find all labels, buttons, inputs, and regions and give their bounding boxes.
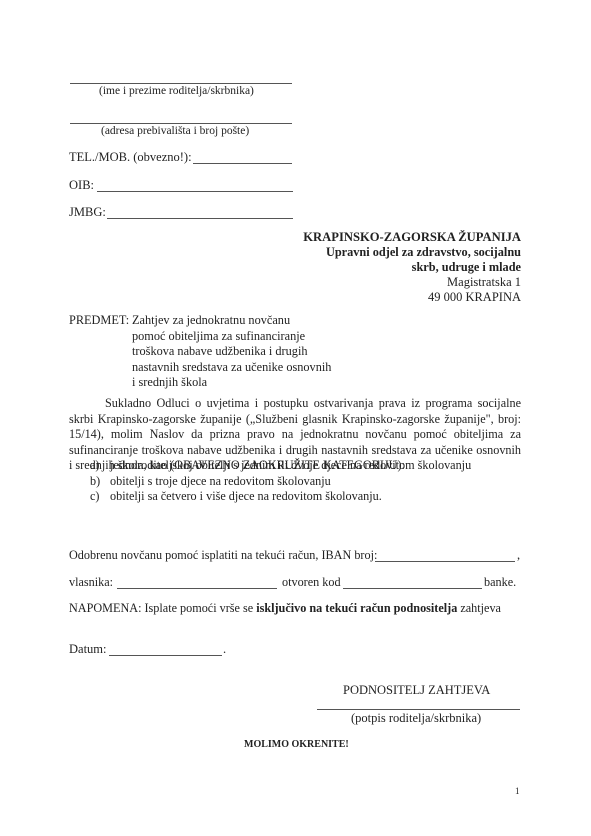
- recipient-county: KRAPINSKO-ZAGORSKA ŽUPANIJA: [303, 230, 521, 245]
- phone-field-line[interactable]: [193, 163, 292, 164]
- owner-field-line[interactable]: [117, 588, 277, 589]
- bank-field-line[interactable]: [343, 588, 482, 589]
- phone-label: TEL./MOB. (obvezno!):: [69, 150, 192, 165]
- subject-line: nastavnih sredstava za učenike osnovnih: [69, 360, 331, 376]
- signature-label: (potpis roditelja/skrbnika): [351, 711, 481, 726]
- category-option-b[interactable]: b)obitelji s troje djece na redovitom šk…: [90, 474, 471, 490]
- address-field-line[interactable]: [70, 123, 292, 124]
- page-number: 1: [515, 786, 520, 796]
- recipient-city: 49 000 KRAPINA: [303, 290, 521, 305]
- subject-line: i srednjih škola: [69, 375, 207, 391]
- option-text: obitelji sa četvero i više djece na redo…: [110, 489, 382, 503]
- option-text: obitelji s troje djece na redovitom škol…: [110, 474, 331, 488]
- option-marker: a): [90, 458, 110, 474]
- name-field-line[interactable]: [70, 83, 292, 84]
- iban-field-line[interactable]: [375, 561, 515, 562]
- note-suffix: zahtjeva: [457, 601, 501, 615]
- date-suffix: .: [223, 642, 226, 657]
- iban-suffix: ,: [517, 548, 520, 563]
- option-marker: c): [90, 489, 110, 505]
- option-marker: b): [90, 474, 110, 490]
- bank-label: otvoren kod: [282, 575, 341, 590]
- iban-label: Odobrenu novčanu pomoć isplatiti na teku…: [69, 548, 377, 563]
- recipient-address: KRAPINSKO-ZAGORSKA ŽUPANIJA Upravni odje…: [303, 230, 521, 305]
- name-field-label: (ime i prezime roditelja/skrbnika): [99, 85, 254, 97]
- jmbg-label: JMBG:: [69, 205, 106, 220]
- owner-label: vlasnika:: [69, 575, 113, 590]
- signature-title: PODNOSITELJ ZAHTJEVA: [343, 683, 490, 698]
- subject-line: pomoć obiteljima za sufinanciranje: [69, 329, 305, 345]
- date-label: Datum:: [69, 642, 107, 657]
- oib-field-line[interactable]: [97, 191, 293, 192]
- recipient-department-cont: skrb, udruge i mlade: [303, 260, 521, 275]
- recipient-street: Magistratska 1: [303, 275, 521, 290]
- subject-line: troškova nabave udžbenika i drugih: [69, 344, 308, 360]
- recipient-department: Upravni odjel za zdravstvo, socijalnu: [303, 245, 521, 260]
- category-option-c[interactable]: c)obitelji sa četvero i više djece na re…: [90, 489, 471, 505]
- subject-line: Zahtjev za jednokratnu novčanu: [132, 313, 290, 327]
- note: NAPOMENA: Isplate pomoći vrše se isključ…: [69, 601, 501, 616]
- category-options: a)jednoroditeljskoj obitelji s jednim il…: [90, 458, 471, 505]
- address-field-label: (adresa prebivališta i broj pošte): [101, 125, 249, 137]
- bank-suffix: banke.: [484, 575, 516, 590]
- turn-over-note: MOLIMO OKRENITE!: [244, 739, 349, 750]
- date-field-line[interactable]: [109, 655, 222, 656]
- option-text: jednoroditeljskoj obitelji s jednim ili …: [110, 458, 471, 472]
- note-prefix: NAPOMENA: Isplate pomoći vrše se: [69, 601, 256, 615]
- jmbg-field-line[interactable]: [107, 218, 293, 219]
- subject-label: PREDMET:: [69, 313, 132, 329]
- note-emphasis: isključivo na tekući račun podnositelja: [256, 601, 457, 615]
- category-option-a[interactable]: a)jednoroditeljskoj obitelji s jednim il…: [90, 458, 471, 474]
- oib-label: OIB:: [69, 178, 94, 193]
- subject-block: PREDMET:Zahtjev za jednokratnu novčanu p…: [69, 313, 331, 391]
- signature-line[interactable]: [317, 709, 520, 710]
